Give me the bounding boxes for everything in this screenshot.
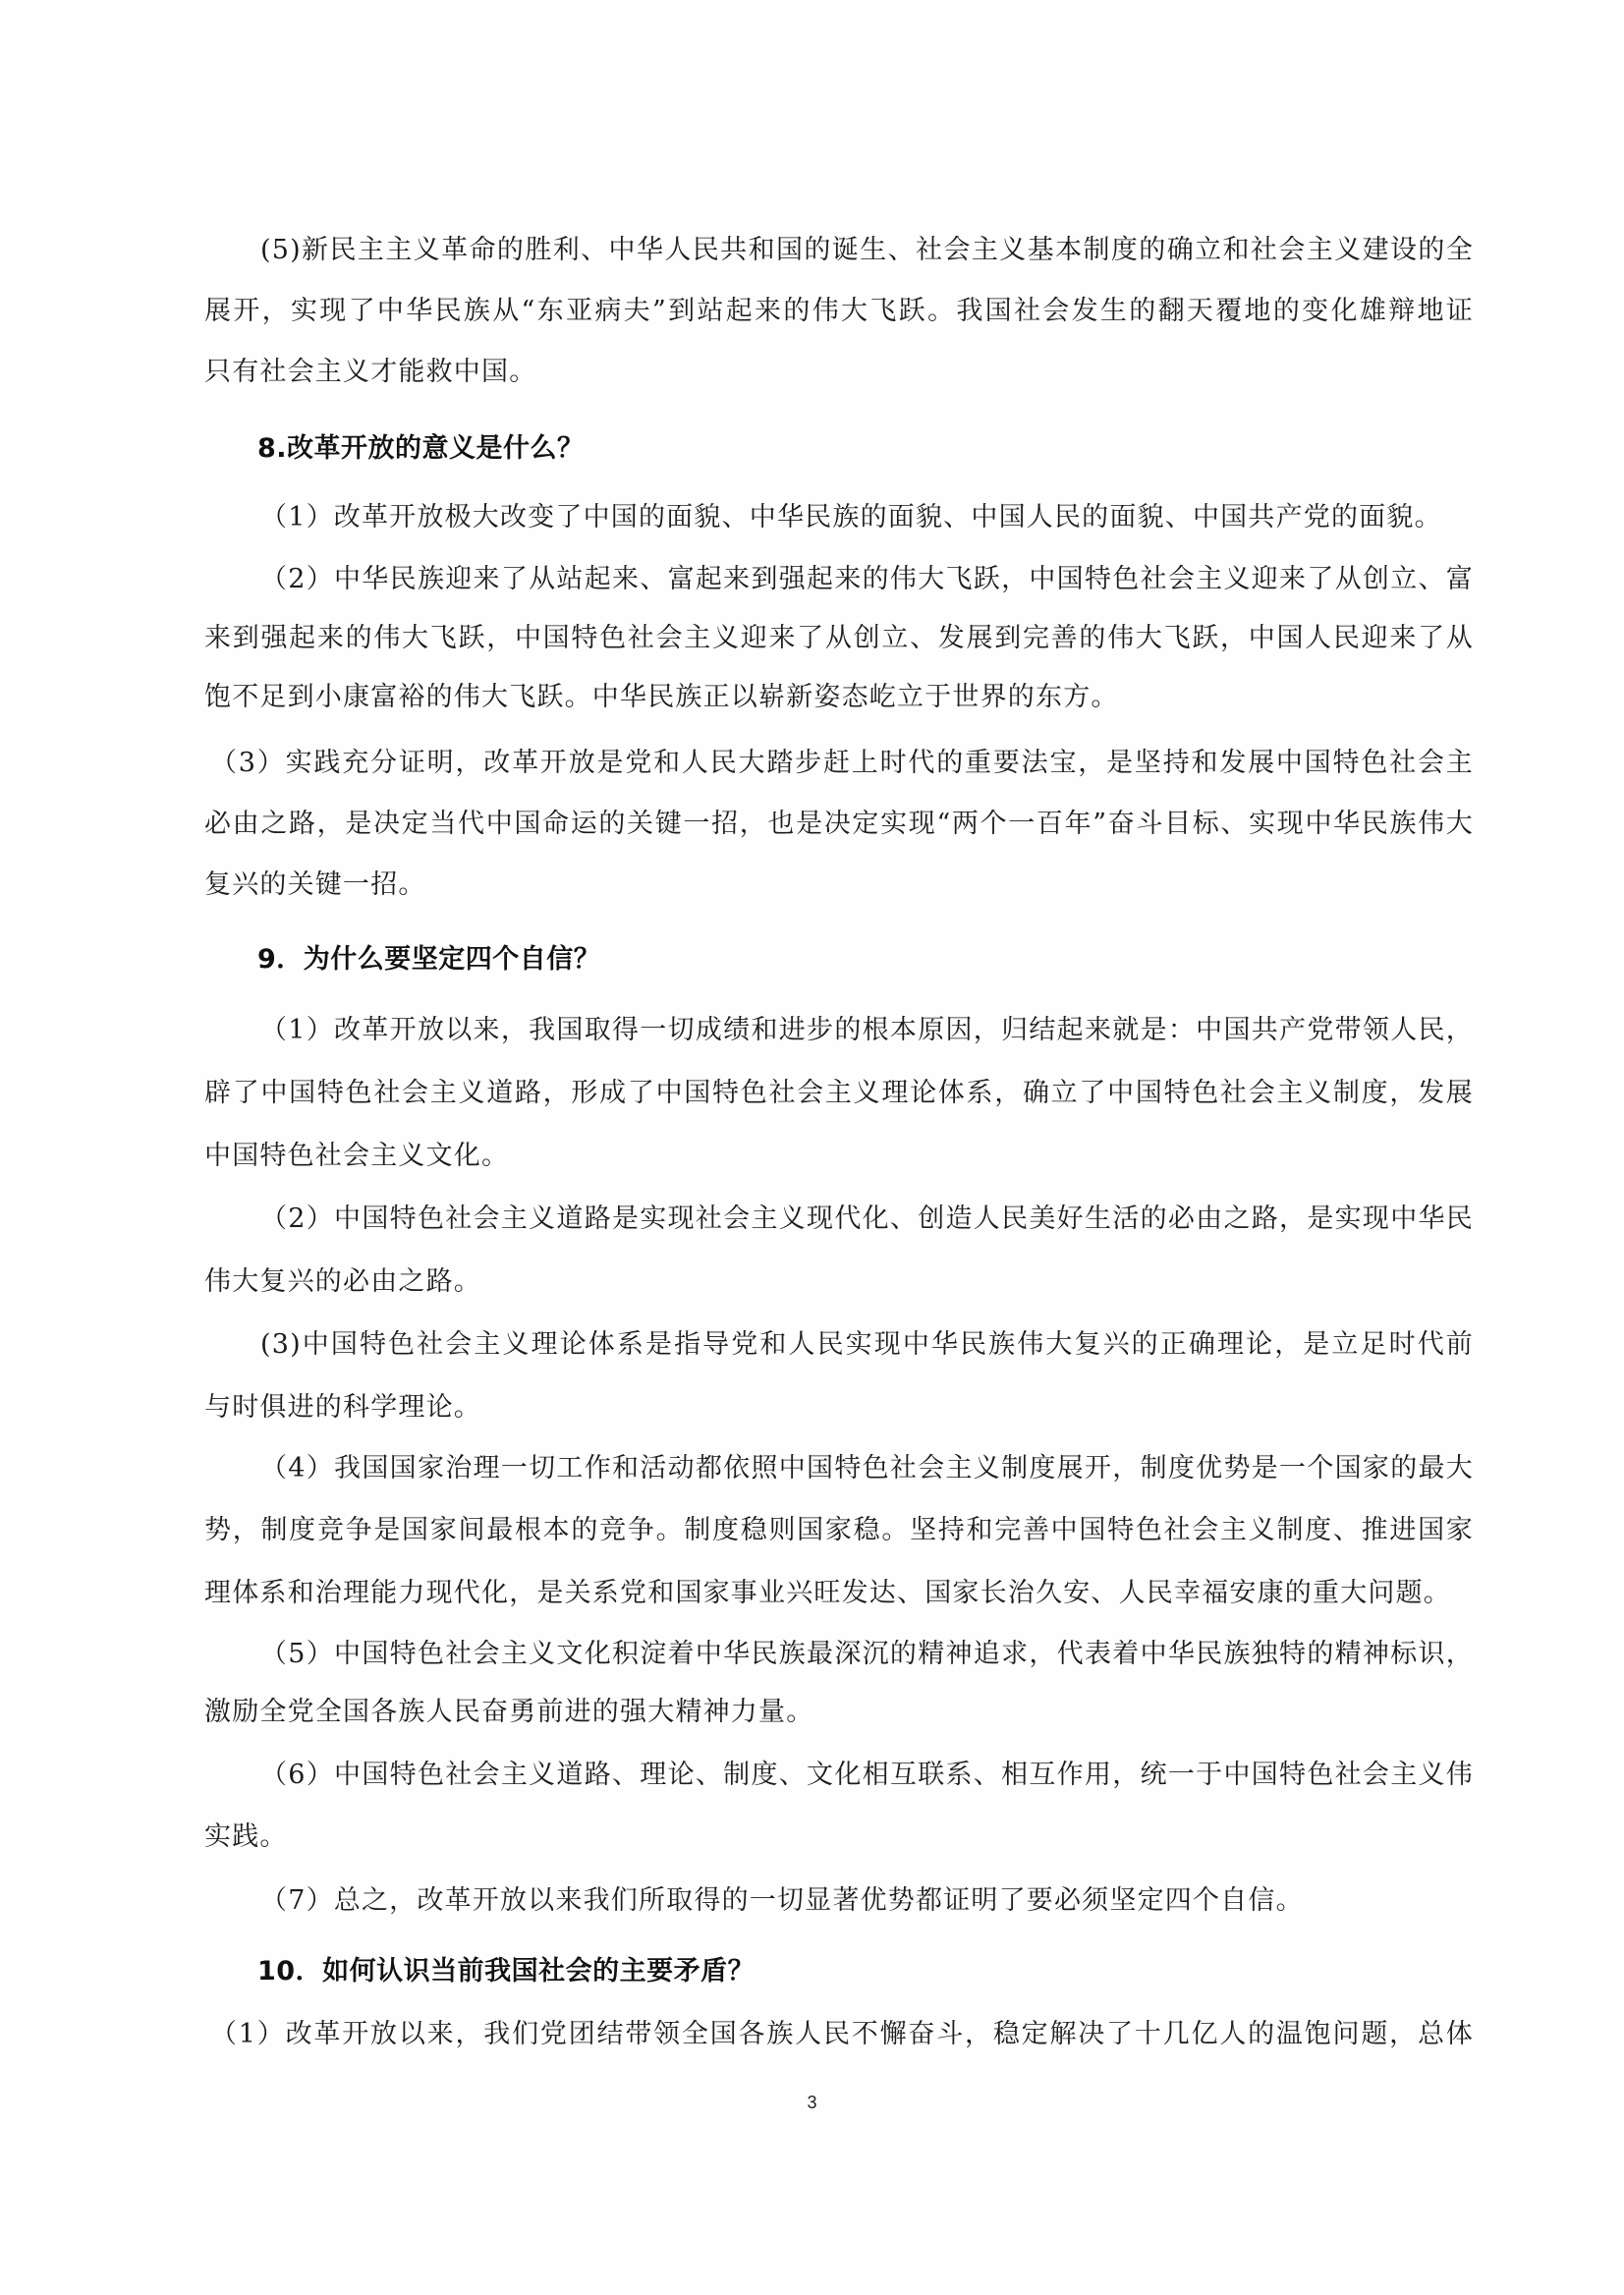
- paragraph-line: （1）改革开放极大改变了中国的面貌、中华民族的面貌、中国人民的面貌、中国共产党的…: [260, 501, 1474, 534]
- paragraph-line: （2）中国特色社会主义道路是实现社会主义现代化、创造人民美好生活的必由之路，是实…: [260, 1203, 1474, 1236]
- paragraph-line: （2）中华民族迎来了从站起来、富起来到强起来的伟大飞跃，中国特色社会主义迎来了从…: [260, 563, 1474, 596]
- paragraph-line: 饱不足到小康富裕的伟大飞跃。中华民族正以崭新姿态屹立于世界的东方。: [204, 681, 1474, 714]
- paragraph-line: (5)新民主主义革命的胜利、中华人民共和国的诞生、社会主义基本制度的确立和社会主…: [260, 234, 1474, 267]
- paragraph-line: （1）改革开放以来，我们党团结带领全国各族人民不懈奋斗，稳定解决了十几亿人的温饱…: [210, 2018, 1474, 2051]
- paragraph-line: 实践。: [204, 1820, 1474, 1854]
- paragraph-line: （3）实践充分证明，改革开放是党和人民大踏步赶上时代的重要法宝，是坚持和发展中国…: [210, 747, 1474, 780]
- paragraph-line: 必由之路，是决定当代中国命运的关键一招，也是决定实现“两个一百年”奋斗目标、实现…: [204, 808, 1474, 841]
- paragraph-line: 势，制度竞争是国家间最根本的竞争。制度稳则国家稳。坚持和完善中国特色社会主义制度…: [204, 1514, 1474, 1547]
- section-heading-9: 9．为什么要坚定四个自信？: [257, 943, 600, 977]
- paragraph-line: （5）中国特色社会主义文化积淀着中华民族最深沉的精神追求，代表着中华民族独特的精…: [260, 1638, 1474, 1671]
- paragraph-line: 中国特色社会主义文化。: [204, 1140, 1474, 1173]
- paragraph-line: (3)中国特色社会主义理论体系是指导党和人民实现中华民族伟大复兴的正确理论，是立…: [260, 1328, 1474, 1362]
- paragraph-line: （1）改革开放以来，我国取得一切成绩和进步的根本原因，归结起来就是：中国共产党带…: [260, 1014, 1474, 1047]
- paragraph-line: 辟了中国特色社会主义道路，形成了中国特色社会主义理论体系，确立了中国特色社会主义…: [204, 1077, 1474, 1110]
- paragraph-line: 来到强起来的伟大飞跃，中国特色社会主义迎来了从创立、发展到完善的伟大飞跃，中国人…: [204, 622, 1474, 655]
- paragraph-line: 激励全党全国各族人民奋勇前进的强大精神力量。: [204, 1696, 1474, 1729]
- paragraph-line: 与时俱进的科学理论。: [204, 1391, 1474, 1425]
- section-heading-10: 10．如何认识当前我国社会的主要矛盾？: [257, 1955, 755, 1988]
- paragraph-line: 伟大复兴的必由之路。: [204, 1265, 1474, 1299]
- paragraph-line: 理体系和治理能力现代化，是关系党和国家事业兴旺发达、国家长治久安、人民幸福安康的…: [204, 1577, 1474, 1610]
- paragraph-line: （7）总之，改革开放以来我们所取得的一切显著优势都证明了要必须坚定四个自信。: [260, 1884, 1474, 1918]
- document-page: (5)新民主主义革命的胜利、中华人民共和国的诞生、社会主义基本制度的确立和社会主…: [0, 0, 1624, 2295]
- paragraph-line: （6）中国特色社会主义道路、理论、制度、文化相互联系、相互作用，统一于中国特色社…: [260, 1759, 1474, 1792]
- paragraph-line: 复兴的关键一招。: [204, 868, 1474, 902]
- paragraph-line: 展开，实现了中华民族从“东亚病夫”到站起来的伟大飞跃。我国社会发生的翻天覆地的变…: [204, 295, 1474, 328]
- paragraph-line: 只有社会主义才能救中国。: [204, 356, 1474, 389]
- paragraph-line: （4）我国国家治理一切工作和活动都依照中国特色社会主义制度展开，制度优势是一个国…: [260, 1452, 1474, 1485]
- page-number: 3: [0, 2093, 1624, 2113]
- section-heading-8: 8.改革开放的意义是什么？: [257, 432, 585, 466]
